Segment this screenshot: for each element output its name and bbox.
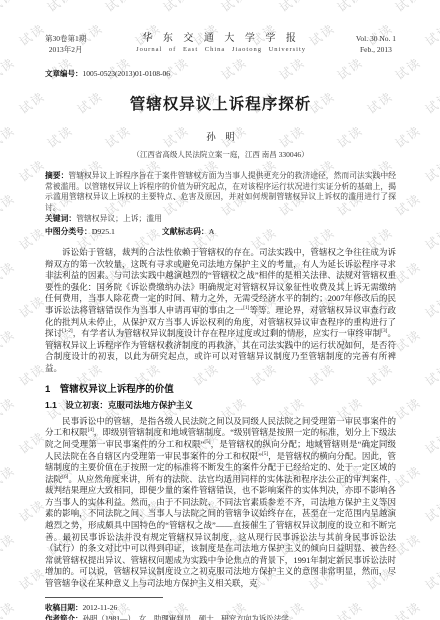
section-heading-1: 1 管辖权异议上诉程序的价值 [45, 384, 396, 396]
journal-name-en: Journal of East China Jiaotong Universit… [86, 44, 356, 55]
page-content: 第30卷第1期 2013年2月 华 东 交 通 大 学 学 报 Journal … [0, 0, 440, 620]
keywords-text: 管辖权异议；上诉；滥用 [76, 214, 162, 223]
journal-name-cn: 华 东 交 通 大 学 学 报 [86, 33, 356, 44]
article-number-value: 1005-0523(2013)01-0108-06 [83, 69, 171, 78]
abstract-label: 摘要： [45, 171, 68, 180]
received-date-label: 收稿日期： [45, 603, 83, 612]
clc-value: D925.1 [92, 227, 115, 236]
volume-issue-en: Vol. 30 No. 1 [356, 33, 396, 44]
paper-title: 管辖权异议上诉程序探析 [45, 92, 396, 114]
clc-number-pair: 中图分类号：D925.1 [45, 227, 115, 238]
author-bio-label: 作者简介： [45, 614, 83, 620]
received-date-line: 收稿日期：2012-11-26 [45, 602, 396, 613]
article-number-label: 文章编号： [45, 69, 83, 78]
journal-page: 试读试读试读试读试读试读试读试读试读试读试读试读试读试读试读试读试读试读试读试读… [0, 0, 440, 620]
header-journal-name: 华 东 交 通 大 学 学 报 Journal of East China Ji… [86, 33, 356, 55]
header-issue-block: 第30卷第1期 2013年2月 [45, 33, 86, 55]
header-vol-block: Vol. 30 No. 1 Feb., 2013 [356, 33, 396, 55]
received-date-value: 2012-11-26 [83, 603, 118, 612]
issue-date-cn: 2013年2月 [45, 44, 86, 55]
journal-header: 第30卷第1期 2013年2月 华 东 交 通 大 学 学 报 Journal … [45, 33, 396, 55]
article-number-line: 文章编号：1005-0523(2013)01-0108-06 [45, 68, 396, 79]
doc-code-label: 文献标志码： [162, 227, 209, 236]
clc-label: 中图分类号： [45, 227, 92, 236]
keywords-line: 关键词：管辖权异议；上诉；滥用 [45, 214, 396, 225]
footnote-divider [45, 597, 163, 598]
keywords-label: 关键词： [45, 214, 76, 223]
author-bio-text: 孙明（1981—），女，助理审判员，硕士，研究方向为诉讼法学。 [83, 614, 297, 620]
abstract-text: 管辖权异议上诉程序旨在于案件管辖权方面为当事人提供更充分的救济途径，然而司法实践… [45, 171, 396, 212]
author-name: 孙 明 [45, 129, 396, 143]
paragraph-section-1-1: 民事诉讼中的管辖，是指各级人民法院之间以及同级人民法院之间受理第一审民事案件的分… [45, 416, 396, 590]
issue-date-en: Feb., 2013 [356, 44, 396, 55]
doc-code-pair: 文献标志码：A [162, 227, 214, 238]
author-affiliation: （江西省高级人民法院立案一庭，江西 南昌 330046） [45, 149, 396, 160]
paragraph-intro: 诉讼始于管辖，裁判的合法性依赖于管辖权的存在。司法实践中，管辖权之争往往成为诉辩… [45, 247, 396, 375]
volume-issue: 第30卷第1期 [45, 33, 86, 44]
section-heading-1-1: 1.1 设立初衷：克服司法地方保护主义 [45, 400, 396, 412]
footnote-block: 收稿日期：2012-11-26 作者简介：孙明（1981—），女，助理审判员，硕… [45, 597, 396, 620]
abstract-block: 摘要：管辖权异议上诉程序旨在于案件管辖权方面为当事人提供更充分的救济途径，然而司… [45, 171, 396, 213]
author-bio-line: 作者简介：孙明（1981—），女，助理审判员，硕士，研究方向为诉讼法学。 [45, 613, 396, 620]
clc-line: 中图分类号：D925.1 文献标志码：A [45, 227, 396, 238]
article-body: 诉讼始于管辖，裁判的合法性依赖于管辖权的存在。司法实践中，管辖权之争往往成为诉辩… [45, 247, 396, 590]
doc-code-value: A [209, 227, 215, 236]
